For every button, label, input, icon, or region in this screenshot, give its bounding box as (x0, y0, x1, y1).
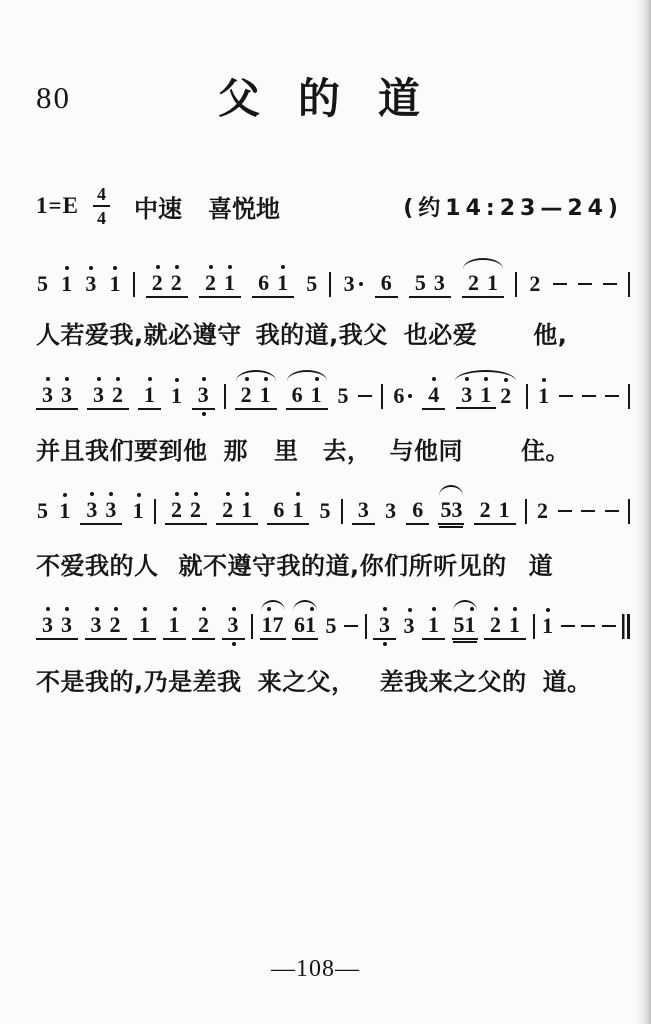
note-group: 1 (138, 383, 161, 410)
note-2: 2 (170, 498, 183, 522)
note-3: 3 (41, 383, 54, 407)
duration-dash (558, 510, 572, 513)
lyrics-line-4: 不是我的,乃是差我来之父，差我来之父的道。 (36, 663, 636, 695)
barline (251, 614, 253, 639)
note-numeral: 1 (292, 498, 303, 522)
note-3: 3 (378, 613, 391, 637)
note-5: 5 (337, 384, 350, 408)
note-numeral: 3 (451, 498, 462, 522)
octave-dot-above (63, 493, 67, 497)
note-numeral: 1 (542, 614, 553, 638)
note-numeral: 5 (326, 614, 337, 638)
note-numeral: 1 (428, 613, 439, 637)
note-6: 6 (291, 383, 304, 407)
lyrics-line-3: 不爱我的人就不遵守我的道,你们所听见的道 (36, 547, 636, 579)
note-numeral: 1 (262, 613, 273, 637)
note-group-slur: 21 (462, 271, 504, 298)
time-signature-denominator: 4 (93, 207, 110, 227)
note-numeral: 6 (258, 271, 269, 295)
octave-dot-above (542, 378, 546, 382)
note-2: 2 (197, 613, 210, 637)
note-numeral: 1 (499, 498, 510, 522)
note-group: 3 (352, 498, 375, 525)
time-signature: 4 4 (93, 185, 110, 227)
note-numeral: 3 (434, 271, 445, 295)
note-5: 5 (319, 499, 332, 523)
duration-dash (561, 625, 575, 628)
octave-dot-above (65, 266, 69, 270)
octave-dot-above (175, 265, 179, 269)
lyric-segment: 并且我们要到他 (36, 431, 208, 466)
note-1: 1 (310, 383, 323, 407)
note-group: 21 (216, 498, 258, 525)
duration-dash (581, 625, 595, 628)
duration-dash (605, 510, 619, 513)
note-numeral: 1 (133, 499, 144, 523)
lyrics-line-2: 并且我们要到他那里去，与他同住。 (36, 432, 636, 464)
octave-dot-above (89, 266, 93, 270)
octave-dot-above (494, 607, 498, 611)
note-3: 3 (460, 383, 473, 407)
note-3: 3 (227, 613, 240, 637)
note-numeral: 1 (260, 383, 271, 407)
lyric-segment: 道 (529, 546, 554, 581)
music-line-4: 333211231761533151211 (36, 602, 630, 650)
note-group-slur: 21 (235, 383, 277, 410)
octave-dot-above (281, 265, 285, 269)
note-numeral: 6 (273, 498, 284, 522)
note-numeral: 1 (171, 384, 182, 408)
barline (329, 272, 331, 297)
expression-marking: 喜悦地 (208, 189, 280, 224)
note-numeral: 6 (292, 383, 303, 407)
duration-dash (582, 395, 596, 398)
note-numeral: 1 (509, 613, 520, 637)
lyric-segment: 他, (533, 315, 567, 350)
note-numeral: 2 (468, 271, 479, 295)
note-3: 3 (60, 613, 73, 637)
tempo-marking: 中速 (134, 189, 182, 224)
note-numeral: 3 (404, 614, 415, 638)
barline (341, 499, 343, 524)
note-numeral: 5 (37, 272, 48, 296)
note-group: 33 (36, 613, 78, 640)
octave-dot-above (113, 266, 117, 270)
note-2: 2 (536, 499, 549, 523)
duration-dash (344, 625, 358, 628)
lyric-segment: 差我来之父的 (380, 662, 527, 697)
note-group: 21 (484, 613, 526, 640)
note-1: 1 (108, 272, 121, 296)
barline (628, 499, 630, 524)
octave-dot-above (173, 607, 177, 611)
note-1: 1 (486, 271, 499, 295)
lyric-segment: 不爱我的人 (36, 546, 159, 581)
note-numeral: 3 (93, 383, 104, 407)
octave-dot-above (228, 265, 232, 269)
note-numeral: 5 (454, 613, 465, 637)
octave-dot-above (114, 607, 118, 611)
note-numeral: 5 (440, 498, 451, 522)
barline (381, 384, 383, 409)
note-numeral: 1 (139, 613, 150, 637)
octave-dot-above (175, 492, 179, 496)
note-1: 1 (143, 383, 156, 407)
octave-dot-above (202, 377, 206, 381)
note-numeral: 1 (169, 613, 180, 637)
note-5: 5 (414, 271, 427, 295)
note-numeral: 3 (198, 383, 209, 407)
note-group: 21 (474, 498, 516, 525)
note-group-slur: 17 (260, 613, 286, 640)
note-numeral: 3 (91, 613, 102, 637)
note-3: 3 (85, 498, 98, 522)
music-line-1: 513122216153653212 (36, 260, 630, 308)
note-2: 2 (528, 272, 541, 296)
note-numeral: 5 (306, 272, 317, 296)
note-numeral: 3 (61, 613, 72, 637)
time-signature-numerator: 4 (93, 185, 110, 207)
lyric-segment: 道。 (543, 662, 592, 697)
note-numeral: 2 (171, 271, 182, 295)
octave-dot-above (245, 377, 249, 381)
octave-dot-above (194, 492, 198, 496)
note-2: 2 (489, 613, 502, 637)
octave-dot-above (546, 608, 550, 612)
note-numeral: 3 (358, 498, 369, 522)
note-numeral: 2 (205, 271, 216, 295)
note-numeral: 3 (42, 613, 53, 637)
note-1: 1 (138, 613, 151, 637)
octave-dot-above (383, 607, 387, 611)
octave-dot-above (46, 607, 50, 611)
music-line-2: 333211321615643121 (36, 372, 630, 420)
note-numeral: 2 (480, 498, 491, 522)
note-numeral: 1 (61, 272, 72, 296)
note-2: 2 (499, 384, 512, 408)
note-3: 3 (384, 499, 397, 523)
scan-edge-shadow (635, 0, 651, 1024)
note-group-slur: 53 (438, 498, 464, 525)
note-numeral: 5 (37, 499, 48, 523)
note-numeral: 2 (500, 384, 511, 408)
octave-dot-above (267, 607, 271, 611)
note-6: 6 (272, 498, 285, 522)
note-2: 2 (221, 498, 234, 522)
augmentation-dot (359, 282, 363, 286)
note-group: 22 (146, 271, 188, 298)
duration-dash (603, 283, 617, 286)
barline (154, 499, 156, 524)
note-3: 3 (451, 498, 462, 522)
note-1: 1 (276, 271, 289, 295)
note-1: 1 (427, 613, 440, 637)
page-number: —108— (0, 956, 631, 983)
octave-dot-above (226, 492, 230, 496)
note-numeral: 1 (144, 383, 155, 407)
note-numeral: 7 (273, 613, 284, 637)
note-numeral: 2 (152, 271, 163, 295)
note-numeral: 2 (190, 498, 201, 522)
barline (628, 272, 630, 297)
note-6: 6 (257, 271, 270, 295)
page-title: 父的道 (218, 66, 458, 126)
note-1: 1 (262, 613, 273, 637)
note-numeral: 2 (241, 383, 252, 407)
note-1: 1 (508, 613, 521, 637)
note-numeral: 2 (110, 613, 121, 637)
note-numeral: 1 (277, 271, 288, 295)
note-numeral: 3 (61, 383, 72, 407)
note-5: 5 (454, 613, 465, 637)
octave-dot-above (65, 607, 69, 611)
note-group: 33 (36, 383, 78, 410)
note-1: 1 (465, 613, 476, 637)
octave-dot-above (465, 377, 469, 381)
note-numeral: 1 (311, 383, 322, 407)
note-numeral: 1 (465, 613, 476, 637)
note-3: 3 (357, 498, 370, 522)
note-numeral: 1 (487, 271, 498, 295)
lyric-segment: 不是我的,乃是差我 (36, 662, 242, 697)
note-1: 1 (305, 613, 316, 637)
note-1: 1 (537, 384, 550, 408)
octave-dot-above (470, 607, 474, 611)
note-group: 1 (133, 613, 156, 640)
note-1: 1 (479, 383, 492, 407)
note-4: 4 (427, 383, 440, 407)
note-1: 1 (240, 498, 253, 522)
note-numeral: 3 (85, 272, 96, 296)
lyric-segment: 也必爱 (404, 315, 478, 350)
note-numeral: 3 (385, 499, 396, 523)
barline (628, 384, 630, 409)
note-numeral: 1 (305, 613, 316, 637)
lyric-segment: 人若爱我,就必遵守 (36, 315, 242, 350)
octave-dot-above (156, 265, 160, 269)
octave-dot-above (97, 377, 101, 381)
note-numeral: 2 (198, 613, 209, 637)
hymn-sheet-page: 80 父的道 1=E 4 4 中速 喜悦地 (约14:23—24) 513122… (0, 0, 651, 1024)
note-group: 21 (199, 271, 241, 298)
note-numeral: 3 (461, 383, 472, 407)
octave-dot-above (432, 377, 436, 381)
note-5: 5 (325, 614, 338, 638)
note-numeral: 3 (42, 383, 53, 407)
note-numeral: 6 (393, 384, 404, 408)
music-line-3: 51331222161533653212 (36, 487, 630, 535)
note-numeral: 3 (379, 613, 390, 637)
note-2: 2 (111, 383, 124, 407)
note-group: 1 (163, 613, 186, 640)
note-numeral: 1 (109, 272, 120, 296)
barline (525, 499, 527, 524)
note-group: 6 (406, 498, 429, 525)
note-numeral: 5 (338, 384, 349, 408)
note-2: 2 (109, 613, 122, 637)
duration-dash (578, 283, 592, 286)
note-group: 3 (373, 613, 396, 640)
note-1: 1 (58, 499, 71, 523)
note-1: 1 (60, 272, 73, 296)
octave-dot-above (513, 607, 517, 611)
note-6: 6 (411, 498, 424, 522)
lyric-segment: 去， (323, 431, 372, 466)
note-1: 1 (291, 498, 304, 522)
barline (533, 614, 535, 639)
scripture-reference: (约14:23—24) (403, 191, 623, 222)
lyric-segment: 里 (274, 431, 299, 466)
note-numeral: 4 (428, 383, 439, 407)
note-numeral: 5 (415, 271, 426, 295)
note-1: 1 (259, 383, 272, 407)
note-1: 1 (132, 499, 145, 523)
note-numeral: 1 (241, 498, 252, 522)
octave-dot-above (148, 377, 152, 381)
octave-dot-above (310, 607, 314, 611)
barline (224, 384, 226, 409)
note-numeral: 3 (86, 498, 97, 522)
octave-dot-above (232, 607, 236, 611)
duration-dash (553, 283, 567, 286)
note-3: 3 (41, 613, 54, 637)
note-numeral: 2 (529, 272, 540, 296)
octave-dot-above (175, 378, 179, 382)
note-group: 1 (422, 613, 445, 640)
note-numeral: 1 (59, 499, 70, 523)
octave-dot-above (116, 377, 120, 381)
octave-dot-above (245, 492, 249, 496)
tempo-row: 1=E 4 4 中速 喜悦地 (约14:23—24) (36, 180, 623, 232)
duration-dash (602, 625, 616, 628)
note-group: 32 (87, 383, 129, 410)
note-3: 3 (92, 383, 105, 407)
note-group-slur: 61 (292, 613, 318, 640)
note-5: 5 (440, 498, 451, 522)
note-5: 5 (305, 272, 318, 296)
lyrics-line-1: 人若爱我,就必遵守我的道,我父也必爱他, (36, 316, 636, 348)
note-group: 33 (80, 498, 122, 525)
octave-dot-above (65, 377, 69, 381)
barline (133, 272, 135, 297)
note-numeral: 1 (480, 383, 491, 407)
hymn-number: 80 (36, 80, 71, 116)
note-3: 3 (60, 383, 73, 407)
note-numeral: 6 (412, 498, 423, 522)
note-3: 3 (197, 383, 210, 407)
barline (526, 384, 528, 409)
duration-dash (358, 395, 372, 398)
octave-dot-above (408, 608, 412, 612)
octave-dot-below (232, 642, 236, 646)
note-1: 1 (170, 384, 183, 408)
note-7: 7 (273, 613, 284, 637)
note-6: 6 (392, 384, 413, 408)
octave-dot-above (296, 492, 300, 496)
octave-dot-above (95, 607, 99, 611)
note-2: 2 (170, 271, 183, 295)
octave-dot-above (432, 607, 436, 611)
note-3: 3 (433, 271, 446, 295)
note-group: 6 (375, 271, 398, 298)
lyric-segment: 住。 (521, 431, 570, 466)
note-numeral: 2 (222, 498, 233, 522)
note-1: 1 (223, 271, 236, 295)
octave-dot-above (143, 607, 147, 611)
note-group: 32 (85, 613, 127, 640)
note-3: 3 (104, 498, 117, 522)
note-1: 1 (498, 498, 511, 522)
note-numeral: 5 (320, 499, 331, 523)
note-group: 4 (422, 383, 445, 410)
note-2: 2 (479, 498, 492, 522)
note-1: 1 (541, 614, 554, 638)
note-group: 53 (409, 271, 451, 298)
note-6: 6 (294, 613, 305, 637)
octave-dot-above (504, 378, 508, 382)
note-group: 22 (165, 498, 207, 525)
note-group: 61 (252, 271, 294, 298)
lyric-segment: 来之父， (258, 662, 356, 697)
note-numeral: 6 (294, 613, 305, 637)
augmentation-dot (408, 394, 412, 398)
duration-dash (581, 510, 595, 513)
note-2: 2 (151, 271, 164, 295)
duration-dash (605, 395, 619, 398)
lyric-segment: 我的道,我父 (256, 315, 388, 350)
lyric-segment: 与他同 (390, 431, 464, 466)
note-group: 31 (456, 383, 496, 409)
note-group: 2 (192, 613, 215, 640)
barline (365, 614, 367, 639)
octave-dot-above (484, 377, 488, 381)
note-6: 6 (380, 271, 393, 295)
octave-dot-above (202, 607, 206, 611)
note-3: 3 (403, 614, 416, 638)
duration-dash (559, 395, 573, 398)
note-numeral: 3 (344, 272, 355, 296)
note-group-slur: 312 (454, 383, 517, 409)
barline (515, 272, 517, 297)
octave-dot-below (383, 642, 387, 646)
octave-dot-above (90, 492, 94, 496)
note-numeral: 2 (537, 499, 548, 523)
octave-dot-above (315, 377, 319, 381)
note-group: 61 (267, 498, 309, 525)
note-numeral: 2 (490, 613, 501, 637)
note-2: 2 (467, 271, 480, 295)
note-numeral: 1 (538, 384, 549, 408)
lyric-segment: 就不遵守我的道,你们所听见的 (179, 546, 507, 581)
note-3: 3 (84, 272, 97, 296)
note-5: 5 (36, 272, 49, 296)
octave-dot-below (202, 412, 206, 416)
note-group: 3 (222, 613, 245, 640)
note-5: 5 (36, 499, 49, 523)
note-numeral: 2 (112, 383, 123, 407)
note-3: 3 (343, 272, 364, 296)
lyric-segment: 那 (224, 431, 249, 466)
note-numeral: 2 (171, 498, 182, 522)
octave-dot-above (209, 265, 213, 269)
note-group-slur: 61 (286, 383, 328, 410)
note-numeral: 3 (228, 613, 239, 637)
note-1: 1 (168, 613, 181, 637)
key-signature: 1=E (36, 193, 79, 219)
final-barline (622, 614, 630, 639)
note-2: 2 (189, 498, 202, 522)
note-3: 3 (90, 613, 103, 637)
